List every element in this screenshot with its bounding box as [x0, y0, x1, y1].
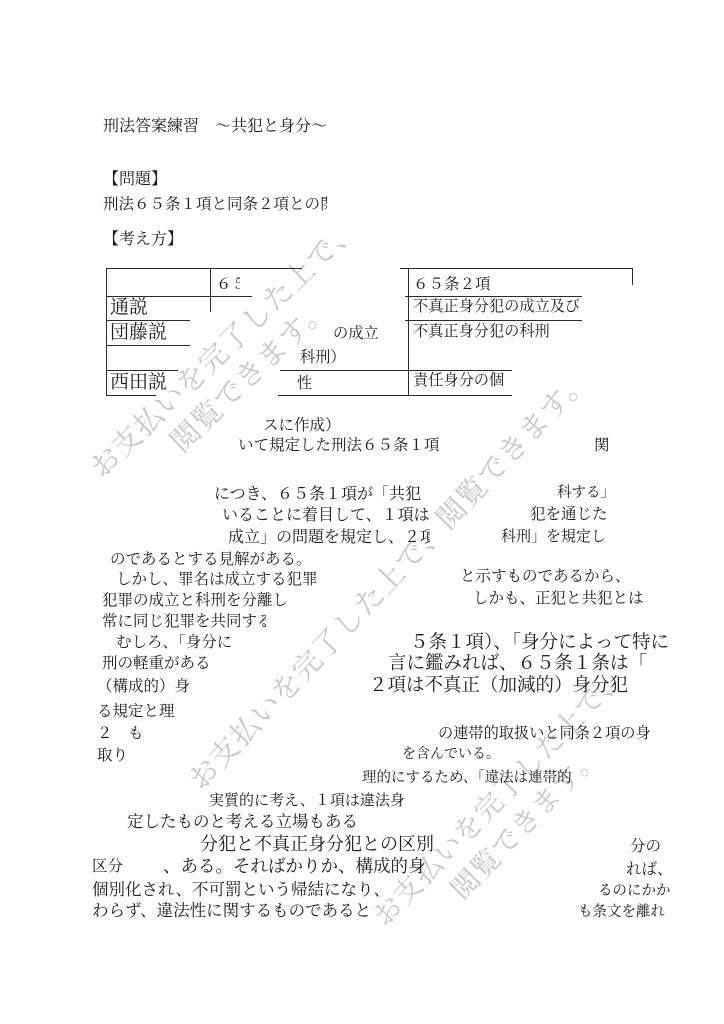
body-fragment: ２項は不真正（加減的）身分犯: [369, 675, 628, 698]
body-fragment: 理的にするため、「違法は連帯的: [362, 769, 572, 787]
body-fragment: むしろ、「身分に: [116, 633, 232, 652]
body-fragment: 関: [594, 436, 610, 455]
table-cell-tsusetsu-col3: 不真正身分犯の成立及び: [413, 297, 579, 316]
table-cell-nishida-col3: 責任身分の個: [413, 371, 504, 390]
body-fragment: る規定と理: [97, 702, 175, 721]
body-fragment: 犯を通じた: [530, 505, 608, 524]
approach-label: 【考え方】: [103, 230, 183, 250]
body-fragment: の連帯的取扱いと同条２項の身: [438, 724, 651, 743]
table-cell-dando-col2b: 科刑）: [300, 348, 346, 367]
body-fragment: ２ も: [97, 724, 144, 743]
body-fragment: るのにかか: [598, 882, 671, 900]
body-fragment: 常に同じ犯罪を共同する: [102, 612, 266, 631]
body-fragment: 刑の軽重がある: [102, 654, 211, 673]
body-fragment: 取り: [97, 746, 128, 765]
body-fragment: を含んでいる。: [402, 746, 500, 764]
body-fragment: しかも、正犯と共犯とは: [473, 589, 644, 608]
body-fragment: 、ある。そればかりか、構成的身: [163, 856, 426, 878]
body-fragment: れば、: [626, 860, 673, 879]
table-label-tsusetsu: 通説: [110, 296, 148, 320]
table-cell-dando-col3: 不真正身分犯の科刑: [413, 322, 550, 341]
page-title: 刑法答案練習 ～共犯と身分～: [103, 117, 327, 137]
body-fragment: 成立」の問題を規定し、２項: [228, 528, 430, 548]
body-fragment: 言に鑑みれば、６５条１条は「: [388, 653, 647, 676]
body-fragment: 実質的に考え、１項は違法身: [209, 792, 405, 811]
body-fragment: 犯罪の成立と科刑を分離し: [102, 591, 288, 610]
body-fragment: と示すものであるから、: [460, 567, 631, 586]
document-content: 刑法答案練習 ～共犯と身分～【問題】刑法６５条１項と同条２項との関【考え方】６５…: [0, 0, 724, 1024]
body-fragment: も条文を離れ: [578, 903, 665, 921]
body-fragment: いることに着目して、１項は: [222, 506, 430, 526]
body-fragment: のであるとする見解がある。: [110, 550, 312, 569]
body-fragment: 科刑」を規定し: [501, 528, 606, 547]
body-fragment: いて規定した刑法６５条１項: [238, 436, 440, 455]
body-fragment: 科する」: [557, 484, 615, 502]
body-fragment: 区分: [92, 857, 123, 876]
body-fragment: 定したものと考える立場もある: [127, 812, 358, 833]
table-cell-dando-col2a: の成立: [333, 324, 379, 343]
body-fragment: につき、６５条１項が「共犯: [214, 485, 421, 505]
table-label-dando: 団藤説: [110, 321, 167, 345]
body-fragment: しかし、罪名は成立する犯罪: [116, 570, 318, 589]
body-fragment: 個別化され、不可罰という帰結になり、: [92, 880, 390, 901]
problem-label: 【問題】: [103, 170, 167, 190]
table-col3-header: ６５条２項: [413, 275, 491, 294]
document-preview-page: お支払いを完了した上で、閲覧できます。お支払いを完了した上で、閲覧できます。お支…: [0, 0, 724, 1024]
table-cell-nishida-col2: 性: [297, 374, 312, 393]
body-fragment: ５条１項）、「身分によって特に: [410, 632, 669, 655]
body-fragment: （構成的）身: [97, 677, 190, 696]
body-fragment: 分犯と不真正身分犯との区別: [200, 833, 434, 856]
body-fragment: スに作成）: [263, 416, 341, 435]
body-fragment: わらず、違法性に関するものであると: [92, 901, 371, 922]
table-col2-header: ６５: [216, 275, 240, 294]
problem-text: 刑法６５条１項と同条２項との関: [103, 195, 327, 214]
body-fragment: 分の: [630, 837, 661, 856]
table-label-nishida: 西田説: [110, 371, 166, 395]
